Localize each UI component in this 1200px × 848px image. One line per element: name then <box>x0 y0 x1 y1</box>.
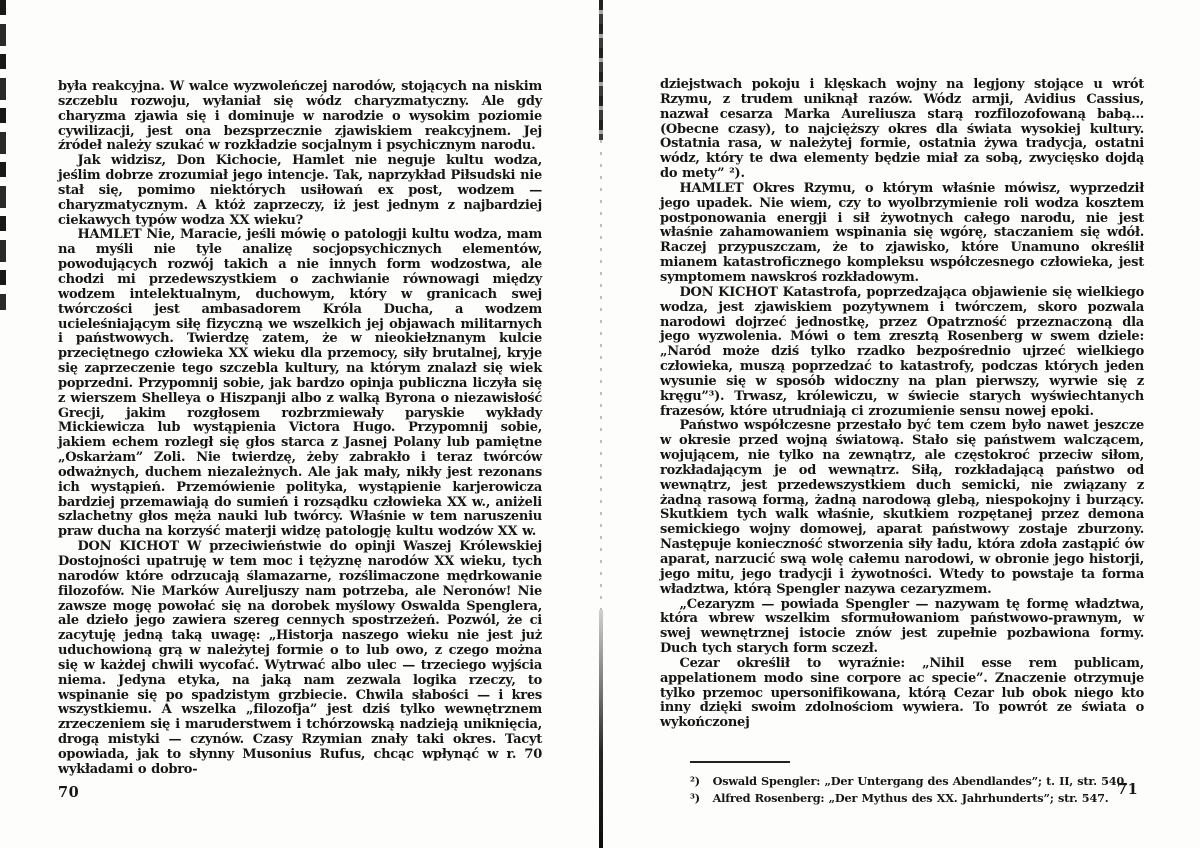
footnotes: ²) Oswald Spengler: „Der Untergang des A… <box>660 773 1144 807</box>
paragraph: Państwo współczesne przestało być tem cz… <box>660 419 1144 597</box>
footnote-spengler: ²) Oswald Spengler: „Der Untergang des A… <box>690 773 1144 790</box>
footnote-rosenberg: ³) Alfred Rosenberg: „Der Mythus des XX.… <box>690 790 1144 807</box>
scan-artifact-gutter-middle <box>600 140 602 610</box>
page-left-text-column: była reakcyjna. W walce wyzwoleńczej nar… <box>58 80 542 778</box>
scan-artifact-left-edge <box>0 0 6 310</box>
page-right-text-column: dziejstwach pokoju i klęskach wojny na l… <box>660 78 1144 807</box>
paragraph-don-kichot-speech: DON KICHOT W przeciwieństwie do opinji W… <box>58 540 542 778</box>
paragraph-hamlet-speech: HAMLET Okres Rzymu, o którym właśnie mów… <box>660 182 1144 286</box>
scan-artifact-gutter-bottom <box>599 610 603 848</box>
scan-artifact-gutter-top <box>599 0 603 140</box>
page-number-right: 71 <box>1117 781 1138 798</box>
paragraph: Cezar określił to wyraźnie: „Nihil esse … <box>660 657 1144 731</box>
paragraph-spengler-quote: „Cezaryzm — powiada Spengler — nazywam t… <box>660 598 1144 657</box>
paragraph: Jak widzisz, Don Kichocie, Hamlet nie ne… <box>58 154 542 228</box>
footnote-divider <box>690 761 790 763</box>
scanned-book-spread: była reakcyjna. W walce wyzwoleńczej nar… <box>0 0 1200 848</box>
paragraph: dziejstwach pokoju i klęskach wojny na l… <box>660 78 1144 182</box>
paragraph-hamlet-speech: HAMLET Nie, Maracie, jeśli mówię o patol… <box>58 228 542 540</box>
paragraph: była reakcyjna. W walce wyzwoleńczej nar… <box>58 80 542 154</box>
paragraph-don-kichot-speech: DON KICHOT Katastrofa, poprzedzająca obj… <box>660 286 1144 420</box>
page-number-left: 70 <box>58 784 79 801</box>
